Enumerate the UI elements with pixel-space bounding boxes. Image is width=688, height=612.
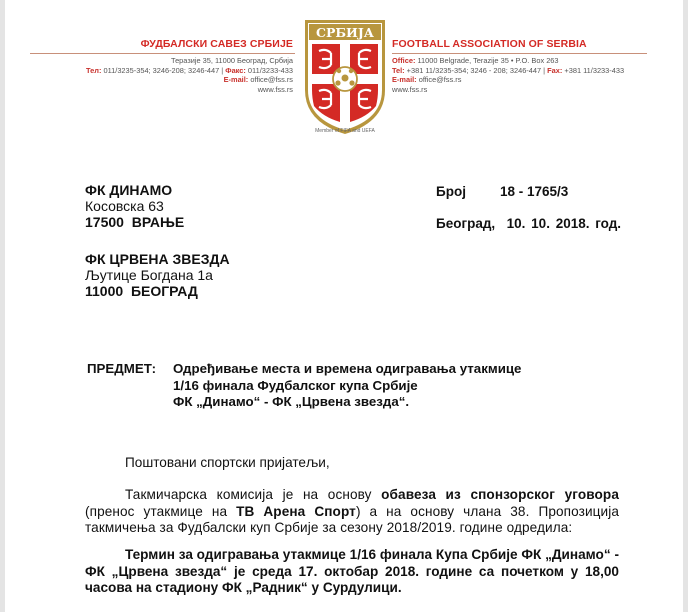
page-edge-right xyxy=(683,0,688,612)
body-paragraph-1: Такмичарска комисија је на основу обавез… xyxy=(85,487,619,537)
letterhead-phone-sr: Тел: 011/3235-354; 3246-208; 3246-447 | … xyxy=(30,66,293,76)
subject-label: ПРЕДМЕТ: xyxy=(87,361,156,378)
letterhead-phone-en: Tel: +381 11/3235-354; 3246 - 208; 3246-… xyxy=(392,66,647,76)
subject-line: ФК „Динамо“ - ФК „Црвена звезда“. xyxy=(173,394,521,411)
letterhead-web-sr: www.fss.rs xyxy=(30,85,293,95)
letterhead-address-sr: Теразије 35, 11000 Београд, Србија xyxy=(30,56,293,66)
recipient-street: Косовска 63 xyxy=(85,198,184,214)
recipient-city: 11000 БЕОГРАД xyxy=(85,283,230,299)
reference-value: 18 - 1765/3 xyxy=(500,184,568,199)
letterhead-office-en: Office: 11000 Belgrade, Terazije 35 • P.… xyxy=(392,56,647,66)
letterhead-right: FOOTBALL ASSOCIATION OF SERBIA Office: 1… xyxy=(392,38,647,94)
page-edge-left xyxy=(0,0,5,612)
letterhead-title-en: FOOTBALL ASSOCIATION OF SERBIA xyxy=(392,38,647,54)
recipient-dinamo: ФК ДИНАМО Косовска 63 17500 ВРАЊЕ xyxy=(85,182,184,230)
subject-line: 1/16 финала Фудбалског купа Србије xyxy=(173,378,521,395)
letterhead-title-sr: ФУДБАЛСКИ САВЕЗ СРБИЈЕ xyxy=(30,38,295,54)
fss-crest-logo-icon: СРБИЈА xyxy=(303,18,387,136)
document-date: Београд, 10. 10. 2018. год. xyxy=(436,216,621,231)
letterhead-email-en: E-mail: office@fss.rs xyxy=(392,75,647,85)
subject-line: Одређивање места и времена одигравања ут… xyxy=(173,361,521,378)
svg-text:СРБИЈА: СРБИЈА xyxy=(316,25,375,40)
reference-label: Број xyxy=(436,184,500,199)
greeting: Поштовани спортски пријатељи, xyxy=(125,455,659,472)
recipient-name: ФК ДИНАМО xyxy=(85,182,184,198)
recipient-city: 17500 ВРАЊЕ xyxy=(85,214,184,230)
recipient-crvena-zvezda: ФК ЦРВЕНА ЗВЕЗДА Љутице Богдана 1а 11000… xyxy=(85,251,230,299)
recipient-name: ФК ЦРВЕНА ЗВЕЗДА xyxy=(85,251,230,267)
letterhead-email-sr: E-mail: office@fss.rs xyxy=(30,75,293,85)
reference-number: Број18 - 1765/3 xyxy=(436,184,568,199)
recipient-street: Љутице Богдана 1а xyxy=(85,267,230,283)
letterhead-web-en: www.fss.rs xyxy=(392,85,647,95)
crest-member-text: Member of FIFA and UEFA xyxy=(302,128,388,134)
letterhead-left: ФУДБАЛСКИ САВЕЗ СРБИЈЕ Теразије 35, 1100… xyxy=(30,38,295,94)
body-paragraph-2: Термин за одигравања утакмице 1/16 финал… xyxy=(85,547,619,597)
